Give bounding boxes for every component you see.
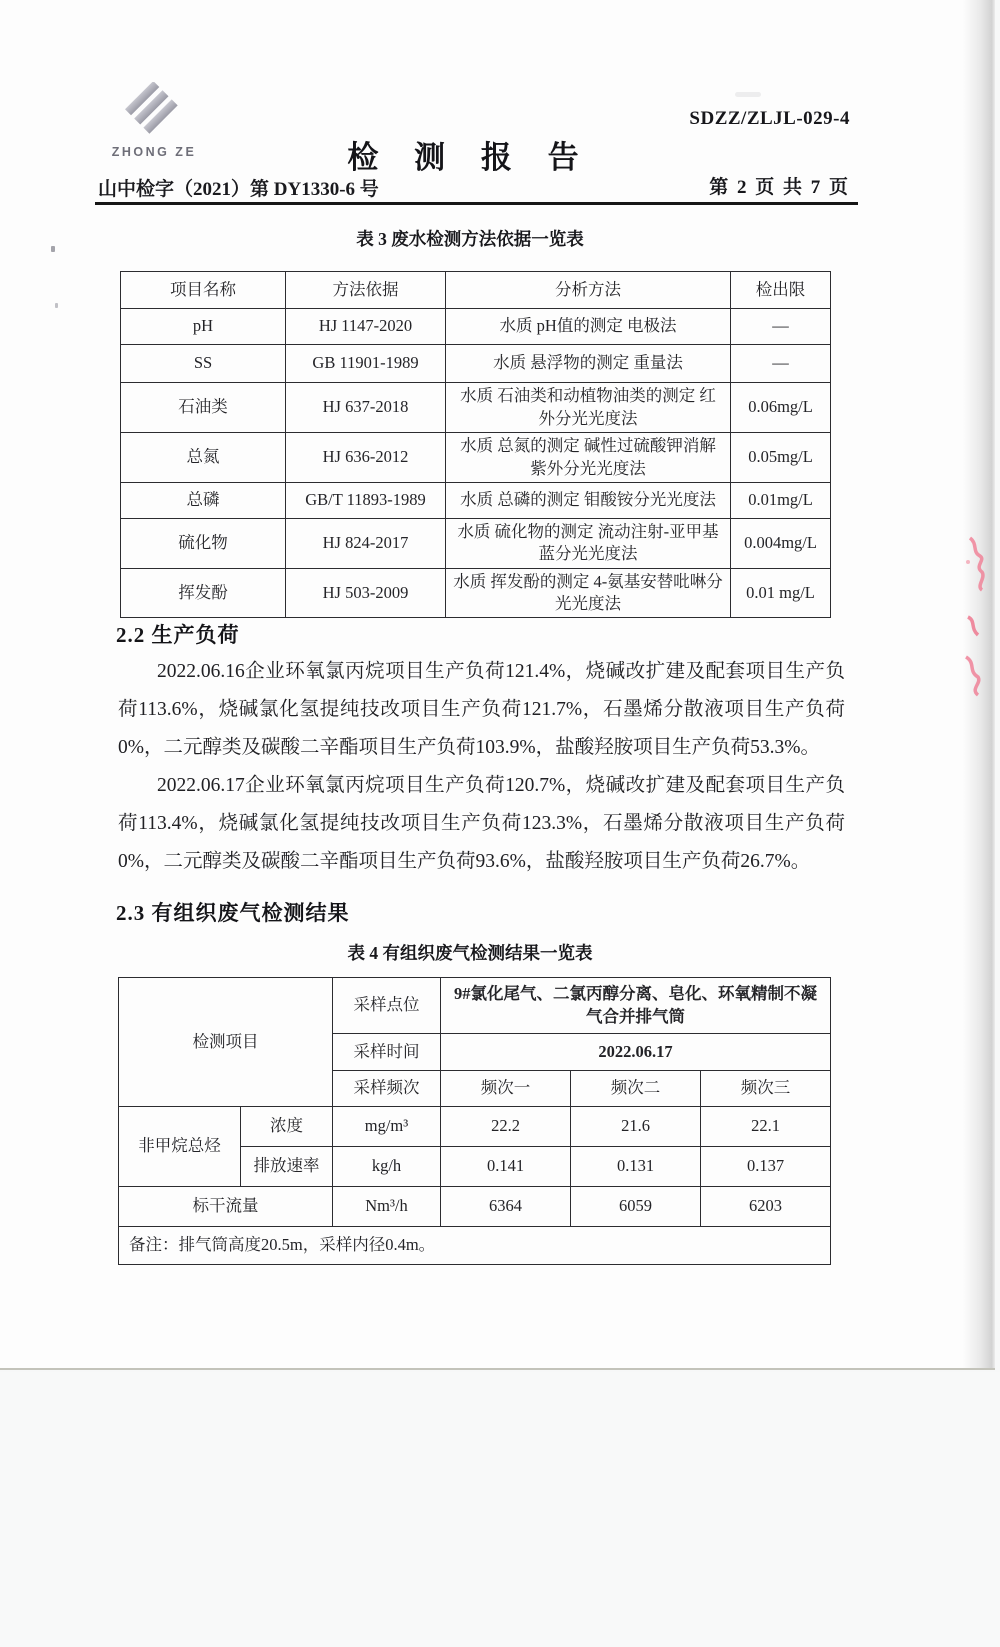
scanner-background <box>0 1372 1000 1647</box>
unit-cell: mg/m³ <box>333 1107 441 1147</box>
column-header: 频次一 <box>441 1071 571 1107</box>
note-cell: 备注：排气筒高度20.5m，采样内径0.4m。 <box>119 1227 831 1265</box>
table-cell: 水质 悬浮物的测定 重量法 <box>446 345 731 383</box>
table-cell: 0.01mg/L <box>731 483 831 519</box>
column-header: 频次二 <box>571 1071 701 1107</box>
table-row: 非甲烷总烃 浓度 mg/m³ 22.2 21.6 22.1 <box>119 1107 831 1147</box>
scan-speck <box>51 246 55 252</box>
unit-cell: kg/h <box>333 1147 441 1187</box>
production-load-text: 2022.06.16企业环氧氯丙烷项目生产负荷121.4%，烧碱改扩建及配套项目… <box>118 653 845 881</box>
table-cell: 水质 挥发酚的测定 4-氨基安替吡啉分光光度法 <box>446 568 731 618</box>
table-cell: 水质 石油类和动植物油类的测定 红外分光光度法 <box>446 383 731 433</box>
table-cell: HJ 824-2017 <box>286 519 446 569</box>
table-cell: 硫化物 <box>121 519 286 569</box>
sampling-time-cell: 2022.06.17 <box>441 1034 831 1071</box>
table-row: 总氮 HJ 636-2012 水质 总氮的测定 碱性过硫酸钾消解紫外分光光度法 … <box>121 433 831 483</box>
item-header-cell: 检测项目 <box>119 978 333 1107</box>
table-row: 检测项目 采样点位 9#氯化尾气、二氯丙醇分离、皂化、环氧精制不凝气合并排气筒 <box>119 978 831 1034</box>
value-cell: 6059 <box>571 1187 701 1227</box>
table-cell: GB/T 11893-1989 <box>286 483 446 519</box>
value-cell: 0.141 <box>441 1147 571 1187</box>
table3-caption: 表 3 废水检测方法依据一览表 <box>0 226 940 251</box>
pink-stamp-mark <box>962 536 988 592</box>
header-rule <box>95 202 858 205</box>
table-cell: HJ 637-2018 <box>286 383 446 433</box>
table-cell: HJ 503-2009 <box>286 568 446 618</box>
table-row: 挥发酚 HJ 503-2009 水质 挥发酚的测定 4-氨基安替吡啉分光光度法 … <box>121 568 831 618</box>
table-cell: 石油类 <box>121 383 286 433</box>
table-cell: 0.01 mg/L <box>731 568 831 618</box>
scan-speck <box>55 303 58 308</box>
table-row: pH HJ 1147-2020 水质 pH值的测定 电极法 — <box>121 309 831 345</box>
scan-smudge <box>735 92 761 97</box>
paragraph: 2022.06.17企业环氧氯丙烷项目生产负荷120.7%，烧碱改扩建及配套项目… <box>118 767 845 881</box>
table-cell: 水质 总氮的测定 碱性过硫酸钾消解紫外分光光度法 <box>446 433 731 483</box>
row-label-cell: 采样频次 <box>333 1071 441 1107</box>
table-cell: 总磷 <box>121 483 286 519</box>
table-row: 石油类 HJ 637-2018 水质 石油类和动植物油类的测定 红外分光光度法 … <box>121 383 831 433</box>
table-cell: — <box>731 309 831 345</box>
row-label-cell: 采样点位 <box>333 978 441 1034</box>
table-cell: GB 11901-1989 <box>286 345 446 383</box>
table-cell: 挥发酚 <box>121 568 286 618</box>
table-cell: — <box>731 345 831 383</box>
column-header: 方法依据 <box>286 272 446 309</box>
table-cell: pH <box>121 309 286 345</box>
row-label-cell: 标干流量 <box>119 1187 333 1227</box>
wastewater-methods-table: 项目名称 方法依据 分析方法 检出限 pH HJ 1147-2020 水质 pH… <box>120 271 831 618</box>
value-cell: 0.131 <box>571 1147 701 1187</box>
value-cell: 21.6 <box>571 1107 701 1147</box>
table-cell: HJ 636-2012 <box>286 433 446 483</box>
report-reference-number: 山中检字（2021）第 DY1330-6 号 <box>98 174 379 201</box>
value-cell: 22.1 <box>701 1107 831 1147</box>
table-cell: 水质 硫化物的测定 流动注射-亚甲基蓝分光光度法 <box>446 519 731 569</box>
analyte-cell: 非甲烷总烃 <box>119 1107 241 1187</box>
table-row: 标干流量 Nm³/h 6364 6059 6203 <box>119 1187 831 1227</box>
table-cell: 0.06mg/L <box>731 383 831 433</box>
exhaust-gas-results-table: 检测项目 采样点位 9#氯化尾气、二氯丙醇分离、皂化、环氧精制不凝气合并排气筒 … <box>118 977 831 1265</box>
value-cell: 0.137 <box>701 1147 831 1187</box>
paragraph: 2022.06.16企业环氧氯丙烷项目生产负荷121.4%，烧碱改扩建及配套项目… <box>118 653 845 767</box>
table-row: 备注：排气筒高度20.5m，采样内径0.4m。 <box>119 1227 831 1265</box>
logo-stripes-icon <box>95 82 213 138</box>
column-header: 项目名称 <box>121 272 286 309</box>
row-label-cell: 浓度 <box>241 1107 333 1147</box>
row-label-cell: 排放速率 <box>241 1147 333 1187</box>
scanned-report-page: ZHONG ZE SDZZ/ZLJL-029-4 检 测 报 告 山中检字（20… <box>0 0 995 1370</box>
table4-caption: 表 4 有组织废气检测结果一览表 <box>0 940 940 965</box>
page-number-indicator: 第 2 页 共 7 页 <box>709 172 850 199</box>
unit-cell: Nm³/h <box>333 1187 441 1227</box>
value-cell: 22.2 <box>441 1107 571 1147</box>
document-code: SDZZ/ZLJL-029-4 <box>689 108 850 130</box>
table-header-row: 项目名称 方法依据 分析方法 检出限 <box>121 272 831 309</box>
value-cell: 6203 <box>701 1187 831 1227</box>
row-label-cell: 采样时间 <box>333 1034 441 1071</box>
table-cell: HJ 1147-2020 <box>286 309 446 345</box>
table-row: SS GB 11901-1989 水质 悬浮物的测定 重量法 — <box>121 345 831 383</box>
section-2-3-heading: 2.3 有组织废气检测结果 <box>116 897 350 927</box>
table-row: 总磷 GB/T 11893-1989 水质 总磷的测定 钼酸铵分光光度法 0.0… <box>121 483 831 519</box>
table-cell: SS <box>121 345 286 383</box>
table-cell: 水质 总磷的测定 钼酸铵分光光度法 <box>446 483 731 519</box>
report-title: 检 测 报 告 <box>0 132 940 177</box>
column-header: 频次三 <box>701 1071 831 1107</box>
table-cell: 总氮 <box>121 433 286 483</box>
table-cell: 0.004mg/L <box>731 519 831 569</box>
section-2-2-heading: 2.2 生产负荷 <box>116 619 240 649</box>
table-cell: 水质 pH值的测定 电极法 <box>446 309 731 345</box>
value-cell: 6364 <box>441 1187 571 1227</box>
column-header: 分析方法 <box>446 272 731 309</box>
column-header: 检出限 <box>731 272 831 309</box>
sampling-point-cell: 9#氯化尾气、二氯丙醇分离、皂化、环氧精制不凝气合并排气筒 <box>441 978 831 1034</box>
pink-stamp-mark <box>964 614 982 638</box>
table-cell: 0.05mg/L <box>731 433 831 483</box>
pink-stamp-mark <box>960 655 984 697</box>
table-row: 硫化物 HJ 824-2017 水质 硫化物的测定 流动注射-亚甲基蓝分光光度法… <box>121 519 831 569</box>
